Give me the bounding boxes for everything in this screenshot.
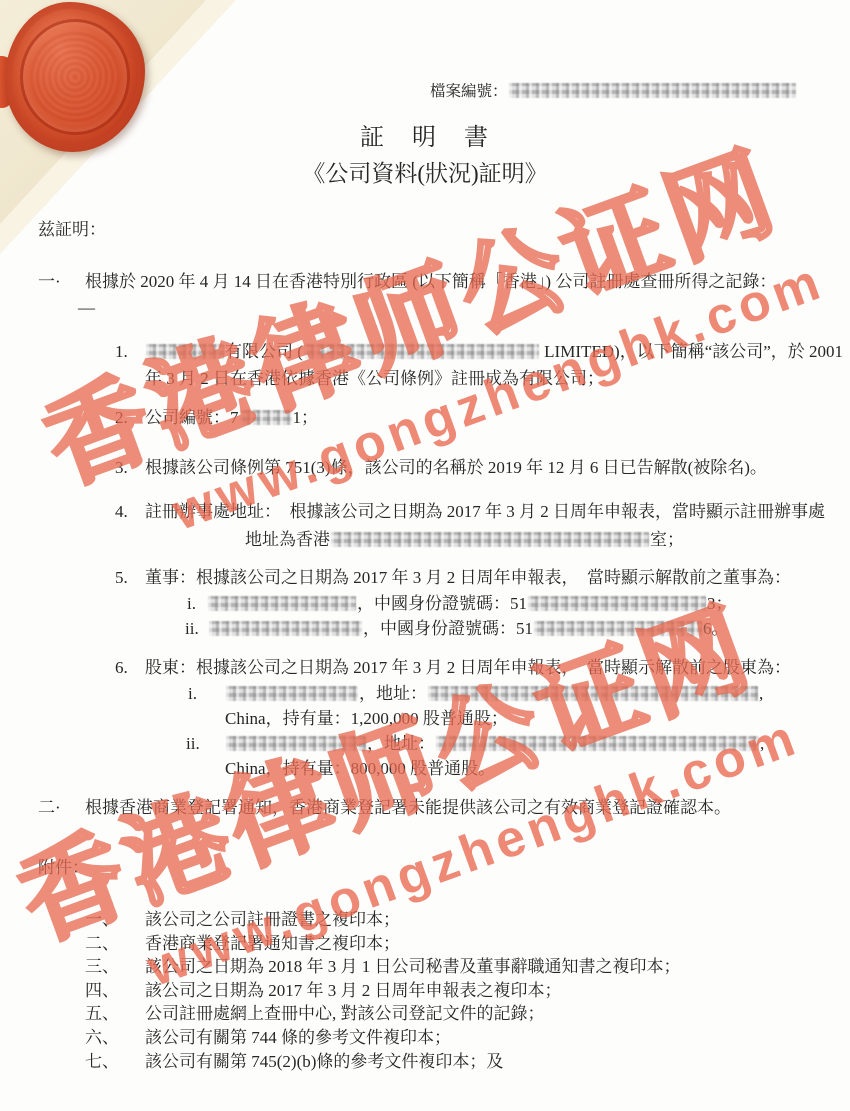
certify-intro: 兹証明：: [38, 218, 106, 241]
doc-subtitle: 《公司資料(狀況)証明》: [0, 162, 850, 185]
redacted-block: [428, 686, 758, 701]
text-run: ,: [760, 734, 764, 753]
item-1-line-2: 年 3 月 2 日在香港依據香港《公司條例》註冊成為有限公司；: [145, 367, 604, 390]
attachment-2-number: 二、: [85, 932, 119, 955]
item-5-sub-i-number: i.: [187, 592, 196, 615]
item-6-number: 6.: [115, 656, 128, 679]
watermark-url-text: www.gongzhenghk.com: [166, 255, 830, 539]
text-run: 室；: [650, 530, 684, 549]
item-5-sub-ii-number: ii.: [185, 617, 199, 640]
attachment-7-text: 該公司有關第 745(2)(b)條的參考文件複印本；及: [145, 1050, 503, 1073]
attachment-6-text: 該公司有關第 744 條的參考文件複印本；: [145, 1026, 451, 1049]
text-run: 公司編號：7: [145, 408, 239, 427]
item-4-line-2: 地址為香港室；: [245, 528, 684, 551]
doc-title: 証 明 書: [0, 127, 850, 150]
attachment-5-number: 五、: [85, 1002, 119, 1025]
item-1-number: 1.: [115, 340, 128, 363]
attachment-1-text: 該公司之公司註冊證書之複印本；: [145, 908, 400, 931]
section-1-heading: 根據於 2020 年 4 月 14 日在香港特別行政區 (以下簡稱「香港」) 公…: [85, 270, 776, 293]
item-6-sub-ii-line-2: China，持有量：800,000 股普通股。: [225, 757, 495, 780]
item-5-heading: 董事：根據該公司之日期為 2017 年 3 月 2 日周年申報表， 當時顯示解散…: [145, 566, 791, 589]
attachment-2-text: 香港商業登記署通知書之複印本；: [145, 932, 400, 955]
redacted-block: [528, 596, 706, 611]
redacted-block: [436, 736, 759, 751]
item-2-line: 公司編號：71；: [145, 406, 318, 429]
text-run: ，地址：: [359, 684, 427, 703]
item-6-sub-ii-number: ii.: [186, 732, 200, 755]
item-3-line: 根據該公司條例第 751(3)條，該公司的名稱於 2019 年 12 月 6 日…: [145, 456, 767, 479]
attachment-4-text: 該公司之日期為 2017 年 3 月 2 日周年申報表之複印本；: [145, 979, 562, 1002]
item-6-heading: 股東：根據該公司之日期為 2017 年 3 月 2 日周年申報表， 當時顯示解散…: [145, 656, 791, 679]
item-5-number: 5.: [115, 566, 128, 589]
redacted-block: [534, 621, 702, 636]
text-run: ，中國身份證號碼：51: [357, 594, 527, 613]
text-run: 有限公司 (: [225, 342, 303, 361]
item-6-sub-i-line-1: ，地址：,: [225, 682, 763, 705]
redacted-block: [226, 736, 366, 751]
text-run: 3；: [707, 594, 733, 613]
attachments-label: 附件：: [38, 856, 89, 879]
item-5-sub-i-line: ，中國身份證號碼：513；: [207, 592, 733, 615]
attachment-5-text: 公司註冊處網上查冊中心, 對該公司登記文件的記錄；: [145, 1002, 545, 1025]
redacted-block: [146, 344, 224, 359]
item-6-sub-ii-line-1: ，地址：,: [225, 732, 764, 755]
section-1-number: 一·: [38, 270, 61, 293]
item-4-line-1: 註冊辦事處地址： 根據該公司之日期為 2017 年 3 月 2 日周年申報表，當…: [145, 500, 825, 523]
redacted-block: [509, 83, 796, 98]
text-run: LIMITED)，以下簡稱“該公司”，於 2001: [540, 342, 843, 361]
text-run: ，中國身份證號碼：51: [363, 619, 533, 638]
item-6-sub-i-line-2: China，持有量：1,200,000 股普通股；: [225, 707, 508, 730]
redacted-block: [226, 686, 358, 701]
attachment-6-number: 六、: [85, 1026, 119, 1049]
text-run: ，地址：: [367, 734, 435, 753]
redacted-block: [209, 621, 362, 636]
text-run: 地址為香港: [245, 530, 330, 549]
attachment-1-number: 一、: [85, 908, 119, 931]
redacted-block: [331, 532, 649, 547]
attachment-3-text: 該公司之日期為 2018 年 3 月 1 日公司秘書及董事辭職通知書之複印本；: [145, 955, 681, 978]
item-6-sub-i-number: i.: [188, 682, 197, 705]
file-number-line: 檔案編號：: [430, 80, 797, 103]
item-3-number: 3.: [115, 456, 128, 479]
item-4-number: 4.: [115, 500, 128, 523]
redacted-block: [208, 596, 356, 611]
text-run: ,: [759, 684, 763, 703]
section-2-number: 二·: [38, 796, 61, 819]
section-1-dash: —: [78, 296, 95, 319]
text-run: 1；: [293, 408, 319, 427]
item-5-sub-ii-line: ，中國身份證號碼：516。: [208, 617, 729, 640]
attachment-4-number: 四、: [85, 979, 119, 1002]
attachment-3-number: 三、: [85, 955, 119, 978]
attachment-7-number: 七、: [85, 1050, 119, 1073]
text-run: 檔案編號：: [430, 83, 508, 100]
section-2-text: 根據香港商業登記署通知，香港商業登記署未能提供該公司之有效商業登記證確認本。: [85, 796, 731, 819]
folded-corner-front-layer: [0, 0, 206, 224]
wax-drip: [0, 56, 12, 108]
text-run: 6。: [703, 619, 729, 638]
redacted-block: [240, 410, 292, 425]
item-1-line-1: 有限公司 ( LIMITED)，以下簡稱“該公司”，於 2001: [145, 340, 843, 363]
redacted-block: [304, 344, 539, 359]
item-2-number: 2.: [115, 406, 128, 429]
watermark-chinese-text: 香港律师公证网: [33, 134, 804, 499]
scanned-certificate-page: 香港律师公证网 www.gongzhenghk.com 香港律师公证网 www.…: [0, 0, 850, 1111]
